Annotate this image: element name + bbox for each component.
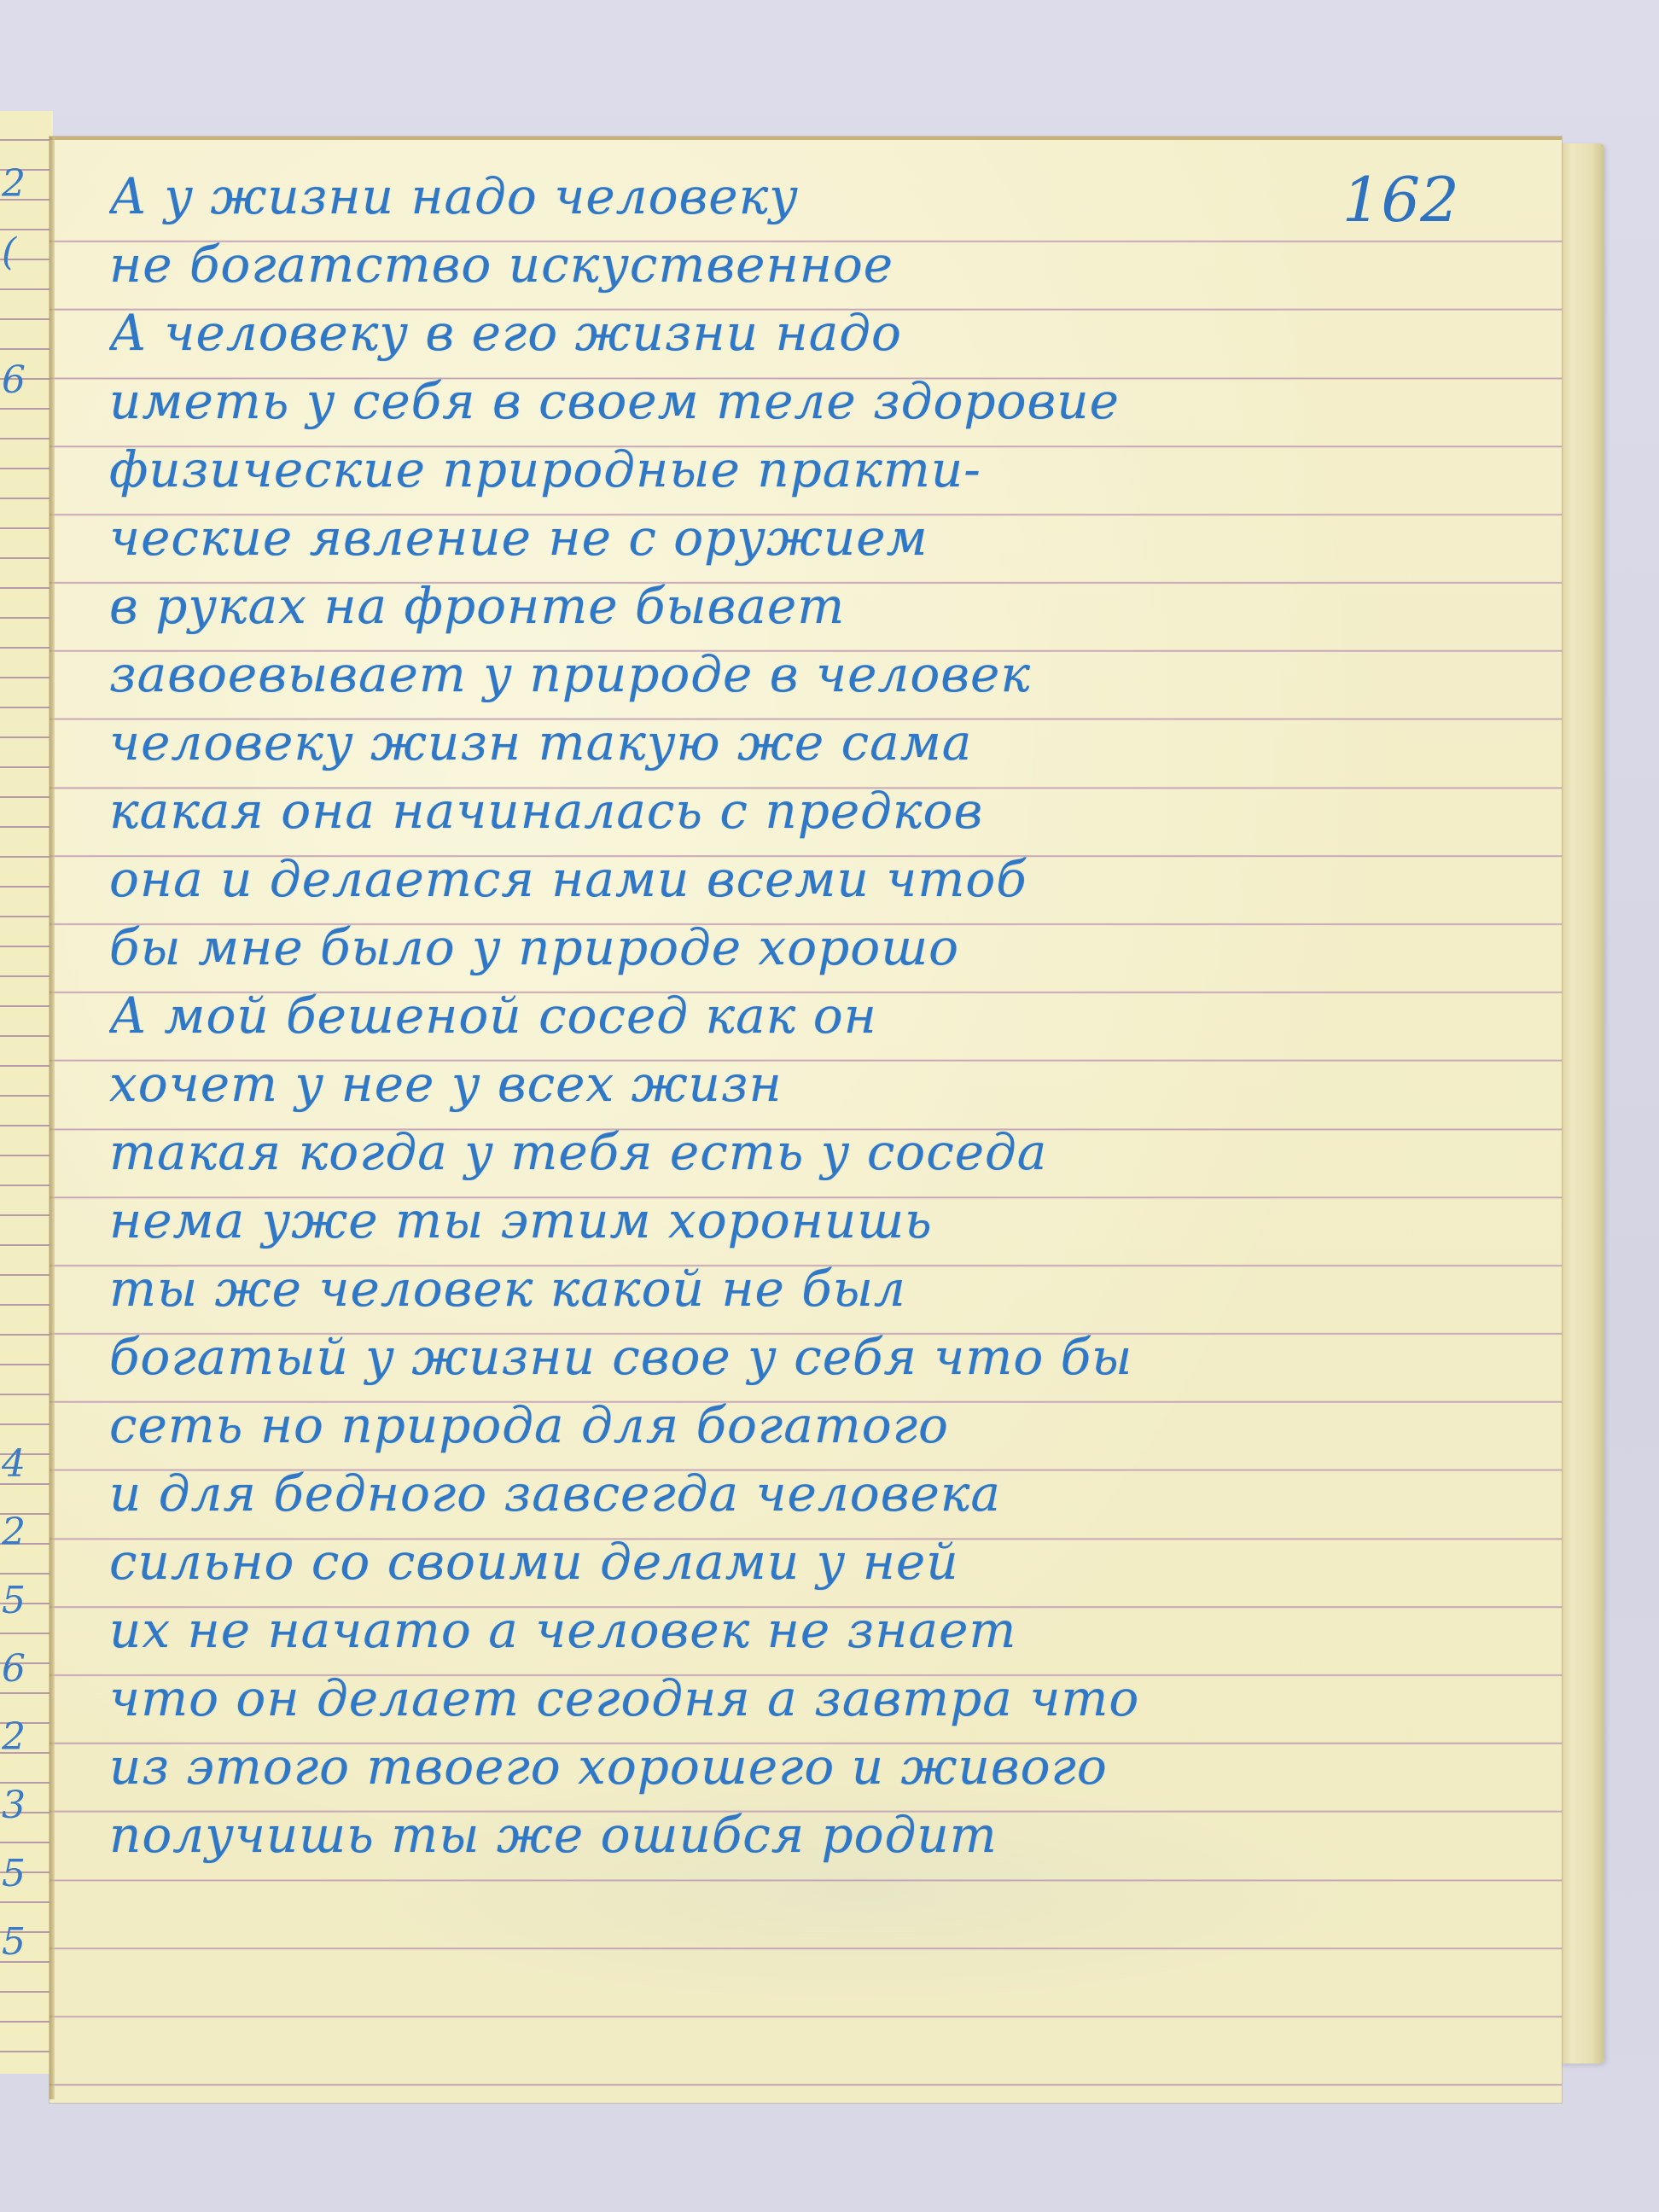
- text-line: их не начато а человек не знает: [109, 1596, 1493, 1664]
- page-fold-crease: [49, 137, 55, 2099]
- text-line: и для бедного завсегда человека: [109, 1459, 1493, 1528]
- margin-mark: 2: [2, 162, 26, 206]
- text-line: она и делается нами всеми чтоб: [109, 845, 1493, 913]
- text-line: такая когда у тебя есть у соседа: [109, 1118, 1493, 1186]
- text-line: не богатство искуственное: [109, 230, 1493, 299]
- text-line: ческие явление не с оружием: [109, 504, 1493, 572]
- page-stack-edge: [1560, 143, 1604, 2064]
- text-line: нема уже ты этим хоронишь: [109, 1186, 1493, 1254]
- text-line: хочет у нее у всех жизн: [109, 1050, 1493, 1118]
- text-line: в руках на фронте бывает: [109, 572, 1493, 640]
- notebook-page: 162 А у жизни надо человеку не богатство…: [49, 137, 1562, 2103]
- margin-mark: 6: [2, 1647, 26, 1691]
- text-line: сеть но природа для богатого: [109, 1391, 1493, 1459]
- text-line: А мой бешеной сосед как он: [109, 981, 1493, 1050]
- text-line: из этого твоего хорошего и живого: [109, 1732, 1493, 1801]
- text-line: физические природные практи-: [109, 435, 1493, 504]
- handwritten-text: А у жизни надо человеку не богатство иск…: [109, 162, 1493, 1869]
- text-line: какая она начиналась с предков: [109, 777, 1493, 845]
- text-line: бы мне было у природе хорошо: [109, 913, 1493, 981]
- margin-mark: 6: [2, 358, 26, 402]
- text-line: ты же человек какой не был: [109, 1254, 1493, 1323]
- margin-mark: 4: [2, 1442, 26, 1486]
- text-line: сильно со своими делами у ней: [109, 1528, 1493, 1596]
- previous-page-strip: 2 ( 6 4 2 5 6 2 3 5 5: [0, 111, 53, 2074]
- text-line: богатый у жизни свое у себя что бы: [109, 1323, 1493, 1391]
- text-line: что он делает сегодня а завтра что: [109, 1664, 1493, 1732]
- text-line: человеку жизн такую же сама: [109, 708, 1493, 777]
- margin-mark: 3: [2, 1784, 26, 1827]
- text-line: получишь ты же ошибся родит: [109, 1801, 1493, 1869]
- margin-mark: 5: [2, 1852, 26, 1895]
- margin-mark: 2: [2, 1715, 26, 1759]
- margin-mark: 2: [2, 1511, 26, 1554]
- text-line: А у жизни надо человеку: [109, 162, 1261, 230]
- margin-mark: 5: [2, 1579, 26, 1622]
- text-line: завоевывает у природе в человек: [109, 640, 1493, 708]
- text-line: А человеку в его жизни надо: [109, 299, 1493, 367]
- margin-mark: (: [2, 230, 16, 274]
- margin-mark: 5: [2, 1920, 26, 1964]
- text-line: иметь у себя в своем теле здоровие: [109, 367, 1493, 435]
